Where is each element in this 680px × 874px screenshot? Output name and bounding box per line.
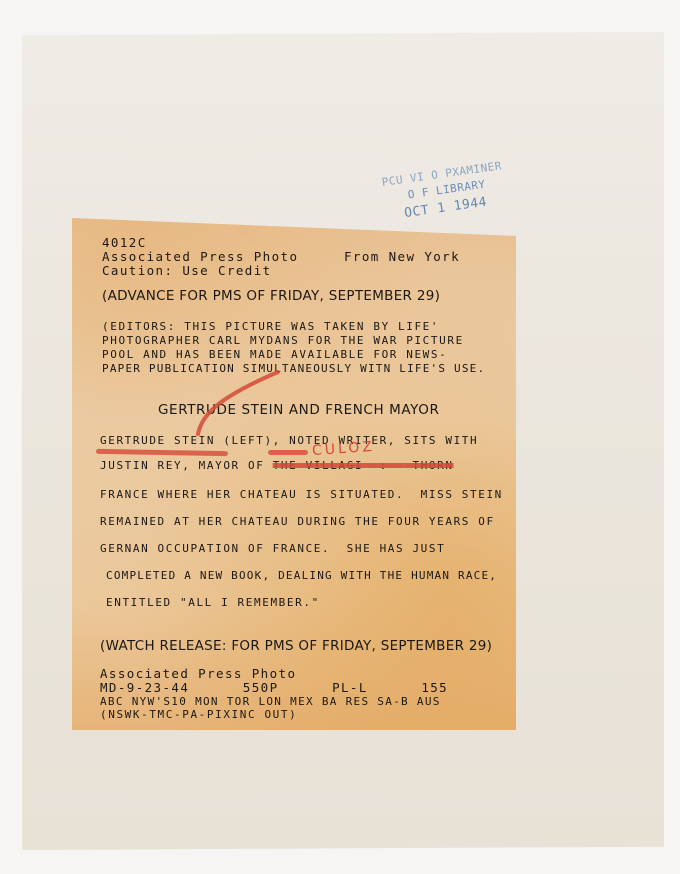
footer-distribution: ABC NYW'S10 MON TOR LON MEX BA RES SA-B … [100,695,441,708]
red-pencil-stroke [192,368,282,438]
body-line-1: GERTRUDE STEIN (LEFT), NOTED WRITER, SIT… [100,434,478,447]
editors-note-line-4: PAPER PUBLICATION SIMULTANEOUSLY WITN LI… [102,362,485,375]
caption-caution: Caution: Use Credit [102,263,272,278]
caption-origin: From New York [344,249,460,264]
caption-agency: Associated Press Photo [102,249,298,264]
body-line-4: REMAINED AT HER CHATEAU DURING THE FOUR … [100,515,495,528]
editors-note-line-3: POOL AND HAS BEEN MADE AVAILABLE FOR NEW… [102,348,447,361]
red-scribble-mark [268,450,308,455]
caption-id: 4012C [102,235,147,250]
body-line-2-end: THORN [404,459,453,472]
body-line-3: FRANCE WHERE HER CHATEAU IS SITUATED. MI… [100,488,503,501]
body-line-7: ENTITLED "ALL I REMEMBER." [106,596,320,609]
footer-code: MD-9-23-44 550P PL-L 155 [100,680,448,695]
watch-release: (WATCH RELEASE: FOR PMS OF FRIDAY, SEPTE… [100,638,492,654]
body-line-2: JUSTIN REY, MAYOR OF THE VILLAGI : THORN [100,459,454,472]
editors-note-line-2: PHOTOGRAPHER CARL MYDANS FOR THE WAR PIC… [102,334,464,347]
handwritten-correction: CULOZ [312,439,376,459]
body-line-6: COMPLETED A NEW BOOK, DEALING WITH THE H… [106,569,497,582]
body-line-2-start: JUSTIN REY, MAYOR OF [100,459,273,472]
red-underline-mark [96,449,228,456]
footer-agency: Associated Press Photo [100,666,296,681]
struck-text: THE VILLAGI : [273,459,405,472]
body-line-5: GERNAN OCCUPATION OF FRANCE. SHE HAS JUS… [100,542,445,555]
press-caption-slip: 4012C Associated Press Photo From New Yo… [72,218,516,730]
editors-note-line-1: (EDITORS: THIS PICTURE WAS TAKEN BY LIFE… [102,320,439,333]
footer-exclusions: (NSWK-TMC-PA-PIXINC OUT) [100,708,297,721]
advance-notice: (ADVANCE FOR PMS OF FRIDAY, SEPTEMBER 29… [102,288,440,304]
